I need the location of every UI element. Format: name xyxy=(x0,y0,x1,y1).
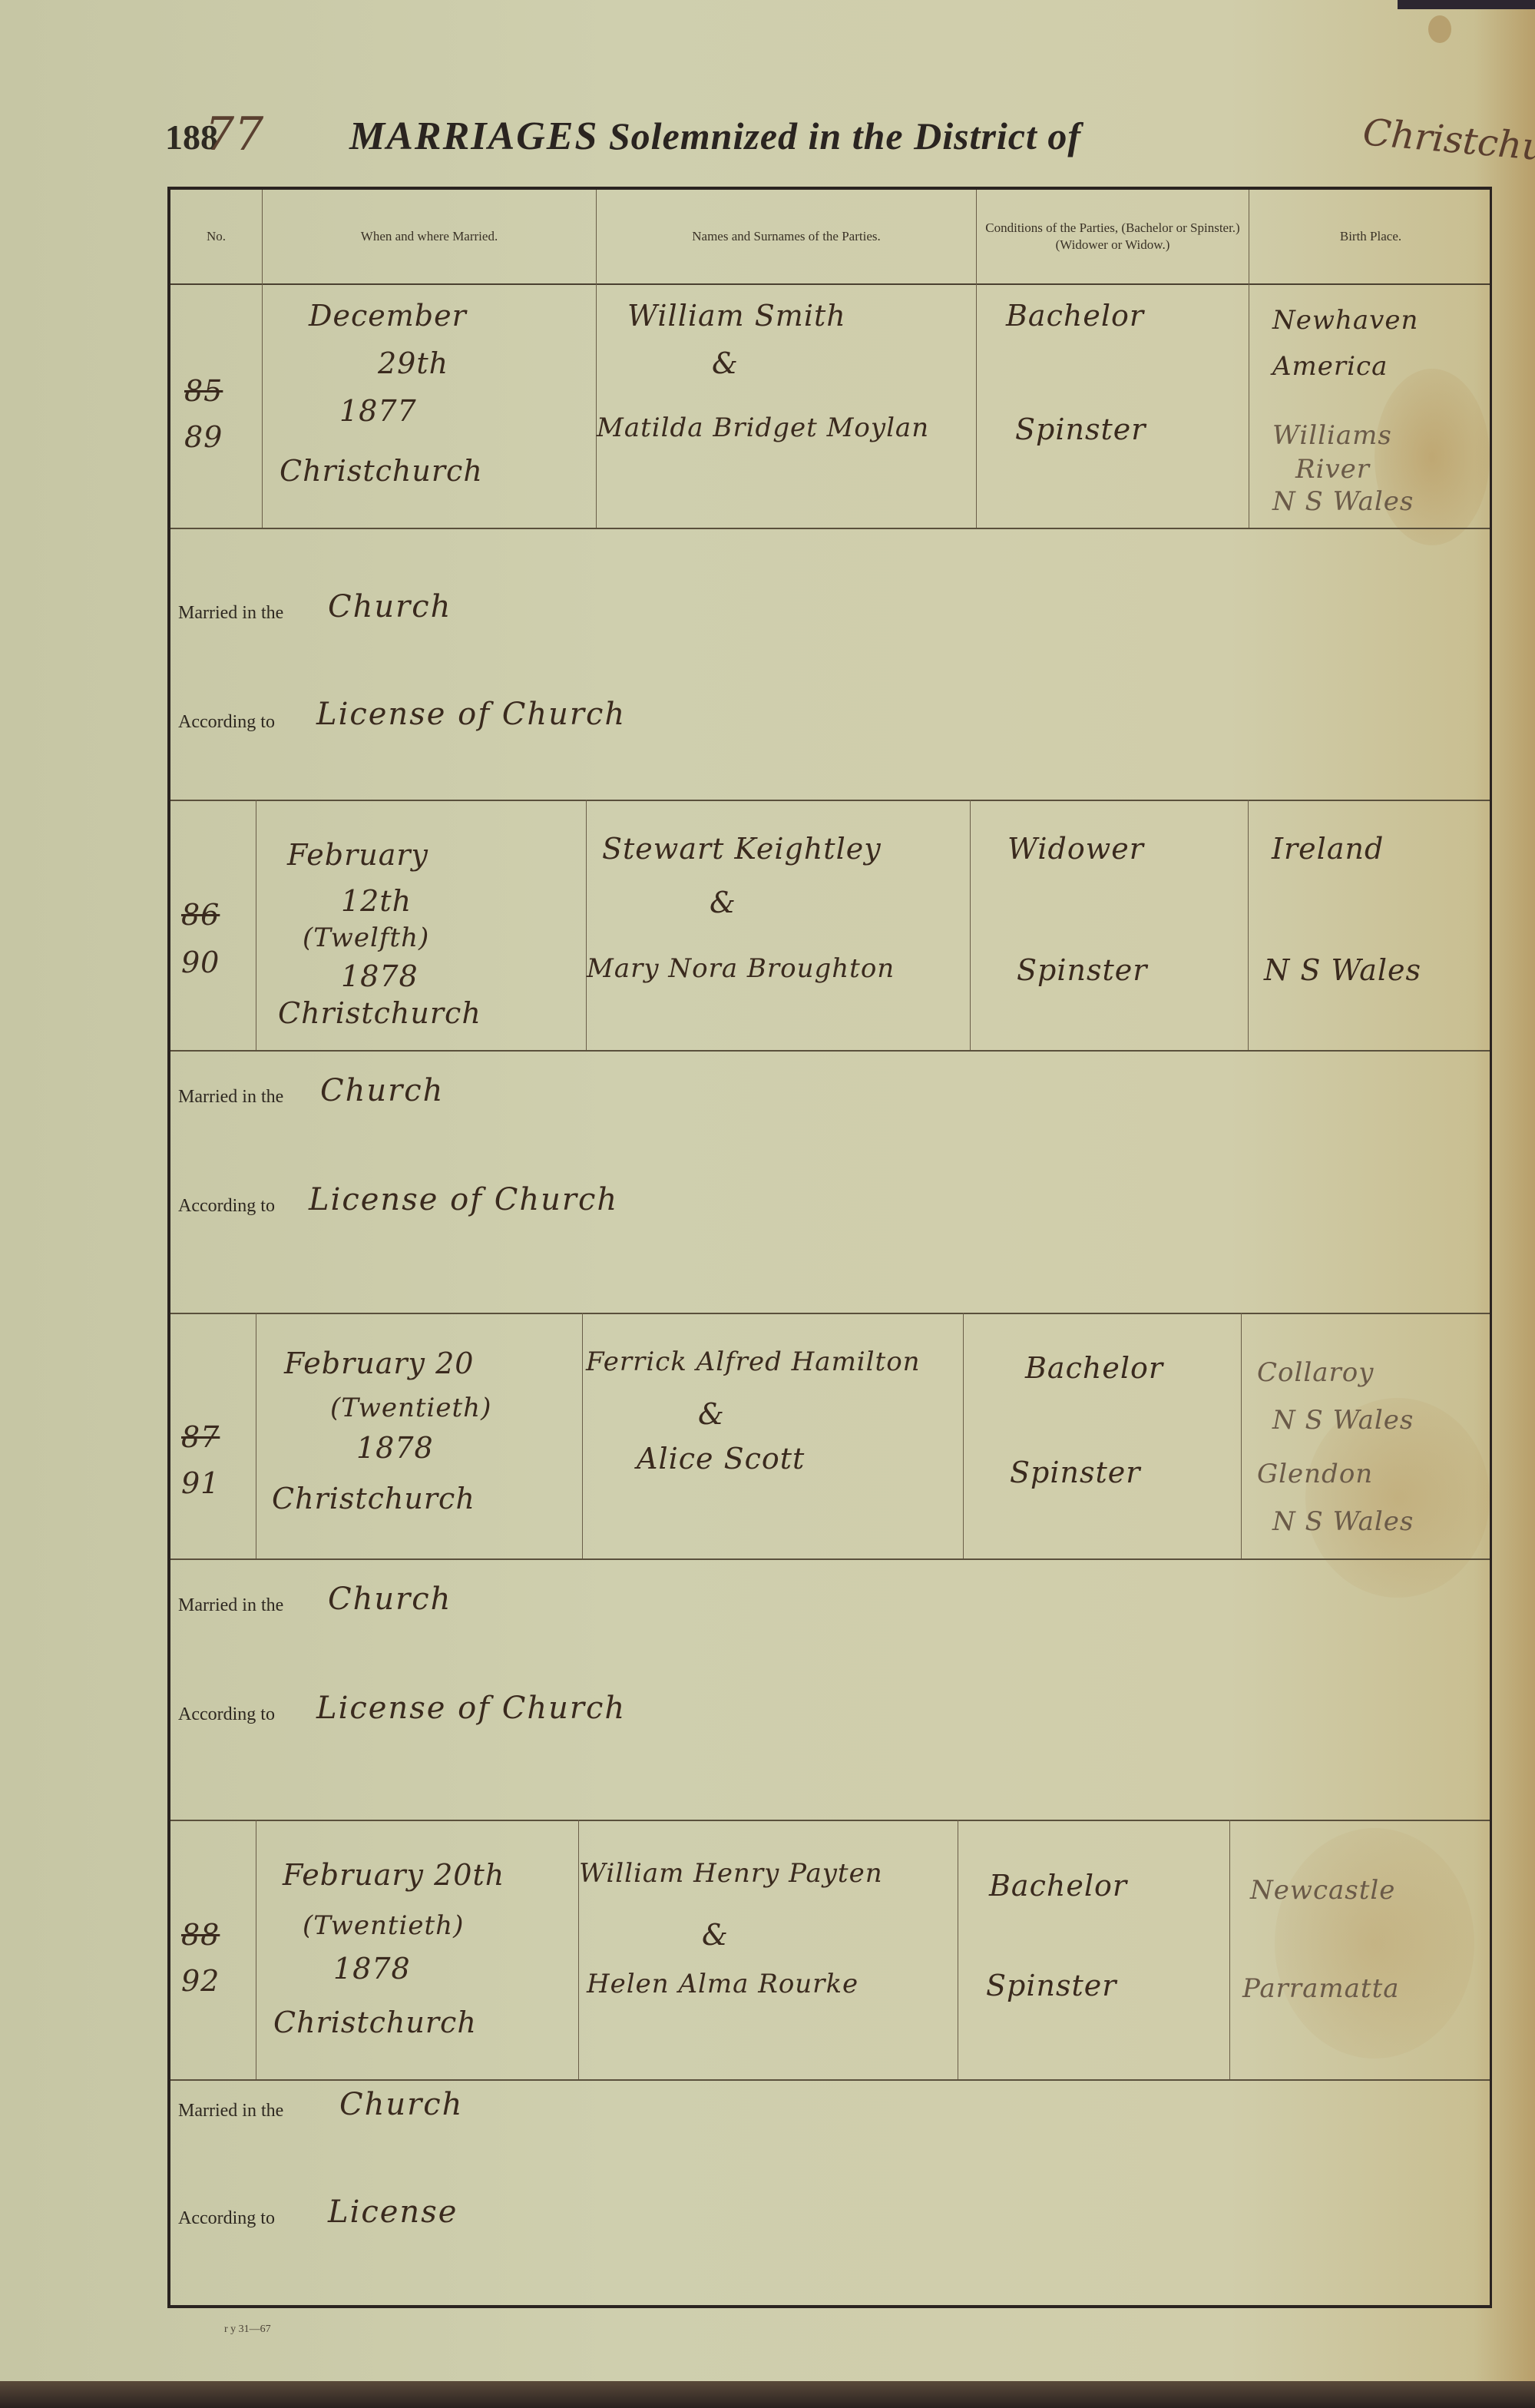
party2-name: Mary Nora Broughton xyxy=(587,953,895,984)
title-rest: Solemnized in the District of xyxy=(598,114,1081,157)
when-day-words: (Twelfth) xyxy=(303,922,429,953)
party1-birthplace-line2: N S Wales xyxy=(1272,1405,1414,1436)
party1-name: Stewart Keightley xyxy=(602,832,882,866)
when-year: 1878 xyxy=(341,959,418,993)
party1-condition: Bachelor xyxy=(1006,299,1144,333)
cell-when-where: February 20 (Twentieth) 1878 Christchurc… xyxy=(256,1313,583,1558)
party2-birthplace-line1: Parramatta xyxy=(1242,1973,1400,2004)
party2-birthplace-line2: River xyxy=(1295,454,1370,485)
stain xyxy=(1428,15,1451,43)
cell-birthplace: Ireland N S Wales xyxy=(1249,800,1492,1050)
party2-name: Alice Scott xyxy=(637,1442,805,1476)
married-in-value: Church xyxy=(328,589,452,624)
entry-number: 90 xyxy=(181,946,220,979)
when-year: 1878 xyxy=(333,1952,411,1986)
district-name: Christchurch Newcas xyxy=(1361,111,1535,189)
header-names: Names and Surnames of the Parties. xyxy=(597,190,977,283)
when-month: December xyxy=(309,299,467,333)
cell-birthplace: Newhaven America Williams River N S Wale… xyxy=(1249,283,1492,528)
according-to-label: According to xyxy=(178,1704,275,1725)
party2-condition: Spinster xyxy=(1010,1456,1140,1489)
party1-name: William Smith xyxy=(627,299,846,333)
marriage-entry: 88 92 February 20th (Twentieth) 1878 Chr… xyxy=(170,1820,1490,2308)
header-no: No. xyxy=(170,190,263,283)
register-page: 188 77 MARRIAGES Solemnized in the Distr… xyxy=(0,0,1535,2408)
married-in-label: Married in the xyxy=(178,603,283,624)
entry-footer: Married in the Church According to Licen… xyxy=(170,1558,1490,1821)
title-caps: MARRIAGES xyxy=(349,114,598,158)
when-day-words: (Twentieth) xyxy=(330,1393,491,1423)
married-in-label: Married in the xyxy=(178,1595,283,1616)
entry-number-struck: 88 xyxy=(181,1918,220,1952)
when-year: 1878 xyxy=(356,1431,434,1465)
cell-names: William Smith & Matilda Bridget Moylan xyxy=(597,283,977,528)
cell-no: 85 89 xyxy=(170,283,263,528)
header-when-where: When and where Married. xyxy=(263,190,597,283)
cell-no: 88 92 xyxy=(170,1820,256,2079)
married-in-value: Church xyxy=(339,2087,463,2122)
cell-names: Stewart Keightley & Mary Nora Broughton xyxy=(587,800,971,1050)
married-in-value: Church xyxy=(328,1582,452,1617)
entry-footer: Married in the Church According to Licen… xyxy=(170,528,1490,801)
married-in-label: Married in the xyxy=(178,1087,283,1108)
marriage-entry: 86 90 February 12th (Twelfth) 1878 Chris… xyxy=(170,800,1490,1313)
according-to-label: According to xyxy=(178,1196,275,1217)
party1-birthplace-line1: Newcastle xyxy=(1250,1875,1395,1906)
entry-number: 92 xyxy=(181,1964,220,1998)
ampersand: & xyxy=(710,886,736,919)
page-edge-shadow-bottom xyxy=(0,2381,1535,2408)
marriage-entry: 87 91 February 20 (Twentieth) 1878 Chris… xyxy=(170,1313,1490,1820)
entry-details-row: 85 89 December 29th 1877 Christchurch Wi… xyxy=(170,283,1490,529)
when-day-words: (Twentieth) xyxy=(303,1910,464,1941)
marriage-entry: 85 89 December 29th 1877 Christchurch Wi… xyxy=(170,283,1490,800)
when-month: February 20th xyxy=(283,1858,504,1892)
when-year: 1877 xyxy=(339,394,417,428)
party1-birthplace-line1: Ireland xyxy=(1272,832,1384,866)
according-to-label: According to xyxy=(178,712,275,733)
married-in-value: Church xyxy=(320,1073,444,1108)
according-to-value: License xyxy=(328,2194,458,2230)
party2-birthplace-line2: N S Wales xyxy=(1272,1506,1414,1537)
party2-condition: Spinster xyxy=(986,1969,1117,2002)
party2-condition: Spinster xyxy=(1017,953,1147,987)
cell-names: William Henry Payten & Helen Alma Rourke xyxy=(579,1820,958,2079)
page-title: 188 77 MARRIAGES Solemnized in the Distr… xyxy=(165,108,1535,177)
party2-birthplace-line3: N S Wales xyxy=(1272,486,1414,517)
ampersand: & xyxy=(712,346,739,380)
cell-birthplace: Collaroy N S Wales Glendon N S Wales xyxy=(1242,1313,1492,1558)
party1-name: Ferrick Alfred Hamilton xyxy=(586,1346,921,1377)
married-in-label: Married in the xyxy=(178,2101,283,2121)
cell-conditions: Widower Spinster xyxy=(971,800,1249,1050)
print-code: r y 31—67 xyxy=(224,2324,271,2336)
cell-conditions: Bachelor Spinster xyxy=(964,1313,1242,1558)
party2-name: Helen Alma Rourke xyxy=(587,1969,858,1999)
cell-no: 87 91 xyxy=(170,1313,256,1558)
entry-details-row: 88 92 February 20th (Twentieth) 1878 Chr… xyxy=(170,1820,1490,2081)
cell-when-where: February 20th (Twentieth) 1878 Christchu… xyxy=(256,1820,579,2079)
entry-number: 91 xyxy=(181,1466,220,1500)
party1-name: William Henry Payten xyxy=(579,1858,883,1889)
according-to-label: According to xyxy=(178,2208,275,2229)
party1-condition: Widower xyxy=(1007,832,1144,866)
header-birthplace: Birth Place. xyxy=(1249,190,1492,283)
cell-names: Ferrick Alfred Hamilton & Alice Scott xyxy=(583,1313,964,1558)
party2-birthplace-line1: Williams xyxy=(1272,420,1392,451)
when-month: February 20 xyxy=(284,1346,474,1380)
ampersand: & xyxy=(702,1918,729,1952)
cell-when-where: December 29th 1877 Christchurch xyxy=(263,283,597,528)
cell-conditions: Bachelor Spinster xyxy=(977,283,1249,528)
when-place: Christchurch xyxy=(272,1482,475,1515)
ampersand: & xyxy=(698,1397,725,1431)
party1-birthplace-line1: Collaroy xyxy=(1257,1357,1374,1388)
marriage-register-table: No. When and where Married. Names and Su… xyxy=(167,187,1492,2308)
table-header: No. When and where Married. Names and Su… xyxy=(170,190,1490,285)
entry-number-struck: 85 xyxy=(184,374,223,408)
entry-details-row: 86 90 February 12th (Twelfth) 1878 Chris… xyxy=(170,800,1490,1052)
when-place: Christchurch xyxy=(278,996,481,1030)
party2-name: Matilda Bridget Moylan xyxy=(597,412,929,443)
party1-birthplace-line2: America xyxy=(1272,351,1388,382)
when-day: 12th xyxy=(341,884,412,918)
entry-footer: Married in the Church According to Licen… xyxy=(170,2079,1490,2308)
party1-birthplace-line1: Newhaven xyxy=(1272,305,1418,336)
register-title: MARRIAGES Solemnized in the District of xyxy=(349,114,1081,159)
according-to-value: License of Church xyxy=(316,697,626,732)
cell-when-where: February 12th (Twelfth) 1878 Christchurc… xyxy=(256,800,587,1050)
entry-number: 89 xyxy=(184,420,223,454)
entry-details-row: 87 91 February 20 (Twentieth) 1878 Chris… xyxy=(170,1313,1490,1560)
party2-condition: Spinster xyxy=(1015,412,1146,446)
entry-number-struck: 86 xyxy=(181,898,220,932)
according-to-value: License of Church xyxy=(316,1691,626,1726)
cell-no: 86 90 xyxy=(170,800,256,1050)
cell-birthplace: Newcastle Parramatta xyxy=(1230,1820,1492,2079)
year-handwritten: 77 xyxy=(205,108,263,161)
entry-number-struck: 87 xyxy=(181,1420,220,1454)
party2-birthplace-line1: N S Wales xyxy=(1264,953,1421,987)
party1-condition: Bachelor xyxy=(1025,1351,1163,1385)
party1-condition: Bachelor xyxy=(989,1869,1127,1903)
page-edge-shadow-top xyxy=(1398,0,1535,9)
when-month: February xyxy=(287,838,428,872)
when-place: Christchurch xyxy=(280,454,483,488)
entry-footer: Married in the Church According to Licen… xyxy=(170,1050,1490,1314)
when-day: 29th xyxy=(378,346,448,380)
cell-conditions: Bachelor Spinster xyxy=(958,1820,1230,2079)
party2-birthplace-line1: Glendon xyxy=(1257,1459,1373,1489)
according-to-value: License of Church xyxy=(309,1182,618,1217)
header-conditions: Conditions of the Parties, (Bachelor or … xyxy=(977,190,1249,283)
when-place: Christchurch xyxy=(273,2006,477,2039)
